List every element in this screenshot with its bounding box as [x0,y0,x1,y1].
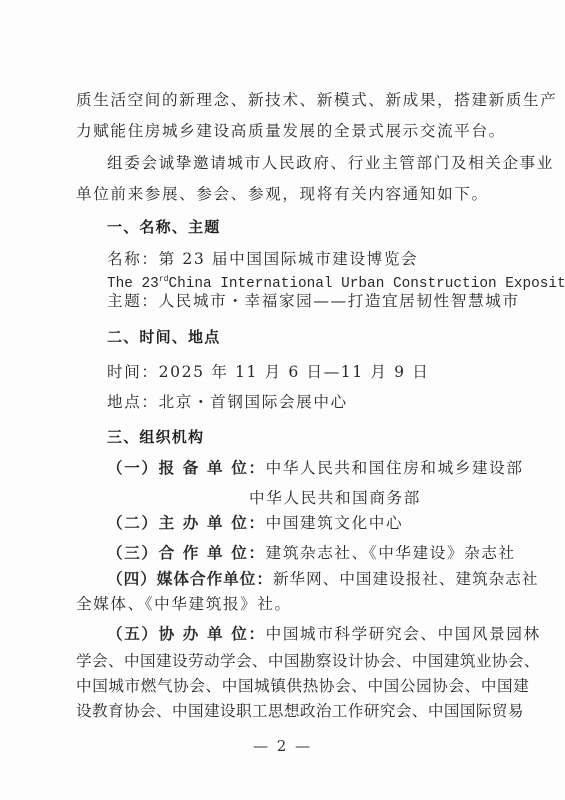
exhibition-time: 时间：2025 年 11 月 6 日—11 月 9 日 [107,362,429,382]
intro-line-4: 单位前来参展、参会、参观，现将有关内容通知如下。 [76,184,489,204]
org-item-co-organizer-cont-3: 设教育协会、中国建设职工思想政治工作研究会、中国国际贸易 [76,701,524,721]
english-prefix: The 23 [107,276,159,292]
intro-line-3: 组委会诚挚邀请城市人民政府、行业主管部门及相关企事业 [107,153,554,173]
org-value: 中华人民共和国住房和城乡建设部 [266,459,524,477]
document-page: 质生活空间的新理念、新技术、新模式、新成果，搭建新质生产 力赋能住房城乡建设高质… [0,0,565,800]
org-item-filing-second: 中华人民共和国商务部 [249,488,421,508]
section-heading-time-place: 二、时间、地点 [107,327,220,347]
section-heading-name-theme: 一、名称、主题 [107,217,220,237]
org-label: （三）合 作 单 位： [107,544,266,562]
org-value: 新华网、中国建设报社、建筑杂志社 [273,570,539,588]
org-label: （二）主 办 单 位： [107,514,266,532]
exhibition-place: 地点：北京・首钢国际会展中心 [107,392,348,412]
org-item-co-organizer-cont-2: 中国城市燃气协会、中国城镇供热协会、中国公园协会、中国建 [76,676,529,696]
intro-line-2: 力赋能住房城乡建设高质量发展的全景式展示交流平台。 [76,121,506,141]
org-item-media: （四）媒体合作单位：新华网、中国建设报社、建筑杂志社 [107,569,538,589]
org-item-media-cont: 全媒体、《中华建筑报》社。 [76,594,292,614]
org-item-co-organizer: （五）协 办 单 位：中国城市科学研究会、中国风景园林 [107,624,541,644]
org-label: （一）报 备 单 位： [107,459,266,477]
page-number: — 2 — [0,737,565,755]
org-item-co-organizer-cont-1: 学会、中国建设劳动学会、中国勘察设计协会、中国建筑业协会、 [76,651,540,671]
exhibition-name: 名称：第 23 届中国国际城市建设博览会 [107,249,418,269]
ordinal-suffix: rd [159,275,169,284]
english-rest: China International Urban Construction E… [168,276,565,292]
org-label: （五）协 办 单 位： [107,625,266,643]
org-item-host: （二）主 办 单 位：中国建筑文化中心 [107,513,403,533]
org-label: （四）媒体合作单位： [107,570,273,588]
intro-line-1: 质生活空间的新理念、新技术、新模式、新成果，搭建新质生产 [76,90,557,110]
org-item-partner: （三）合 作 单 位：建筑杂志社、《中华建设》杂志社 [107,543,516,563]
org-value: 建筑杂志社、《中华建设》杂志社 [266,544,516,562]
org-value: 中国城市科学研究会、中国风景园林 [266,625,541,643]
org-value: 中国建筑文化中心 [266,514,404,532]
org-item-filing: （一）报 备 单 位：中华人民共和国住房和城乡建设部 [107,458,524,478]
exhibition-theme: 主题：人民城市・幸福家园——打造宜居韧性智慧城市 [107,291,520,311]
section-heading-organization: 三、组织机构 [107,427,204,447]
